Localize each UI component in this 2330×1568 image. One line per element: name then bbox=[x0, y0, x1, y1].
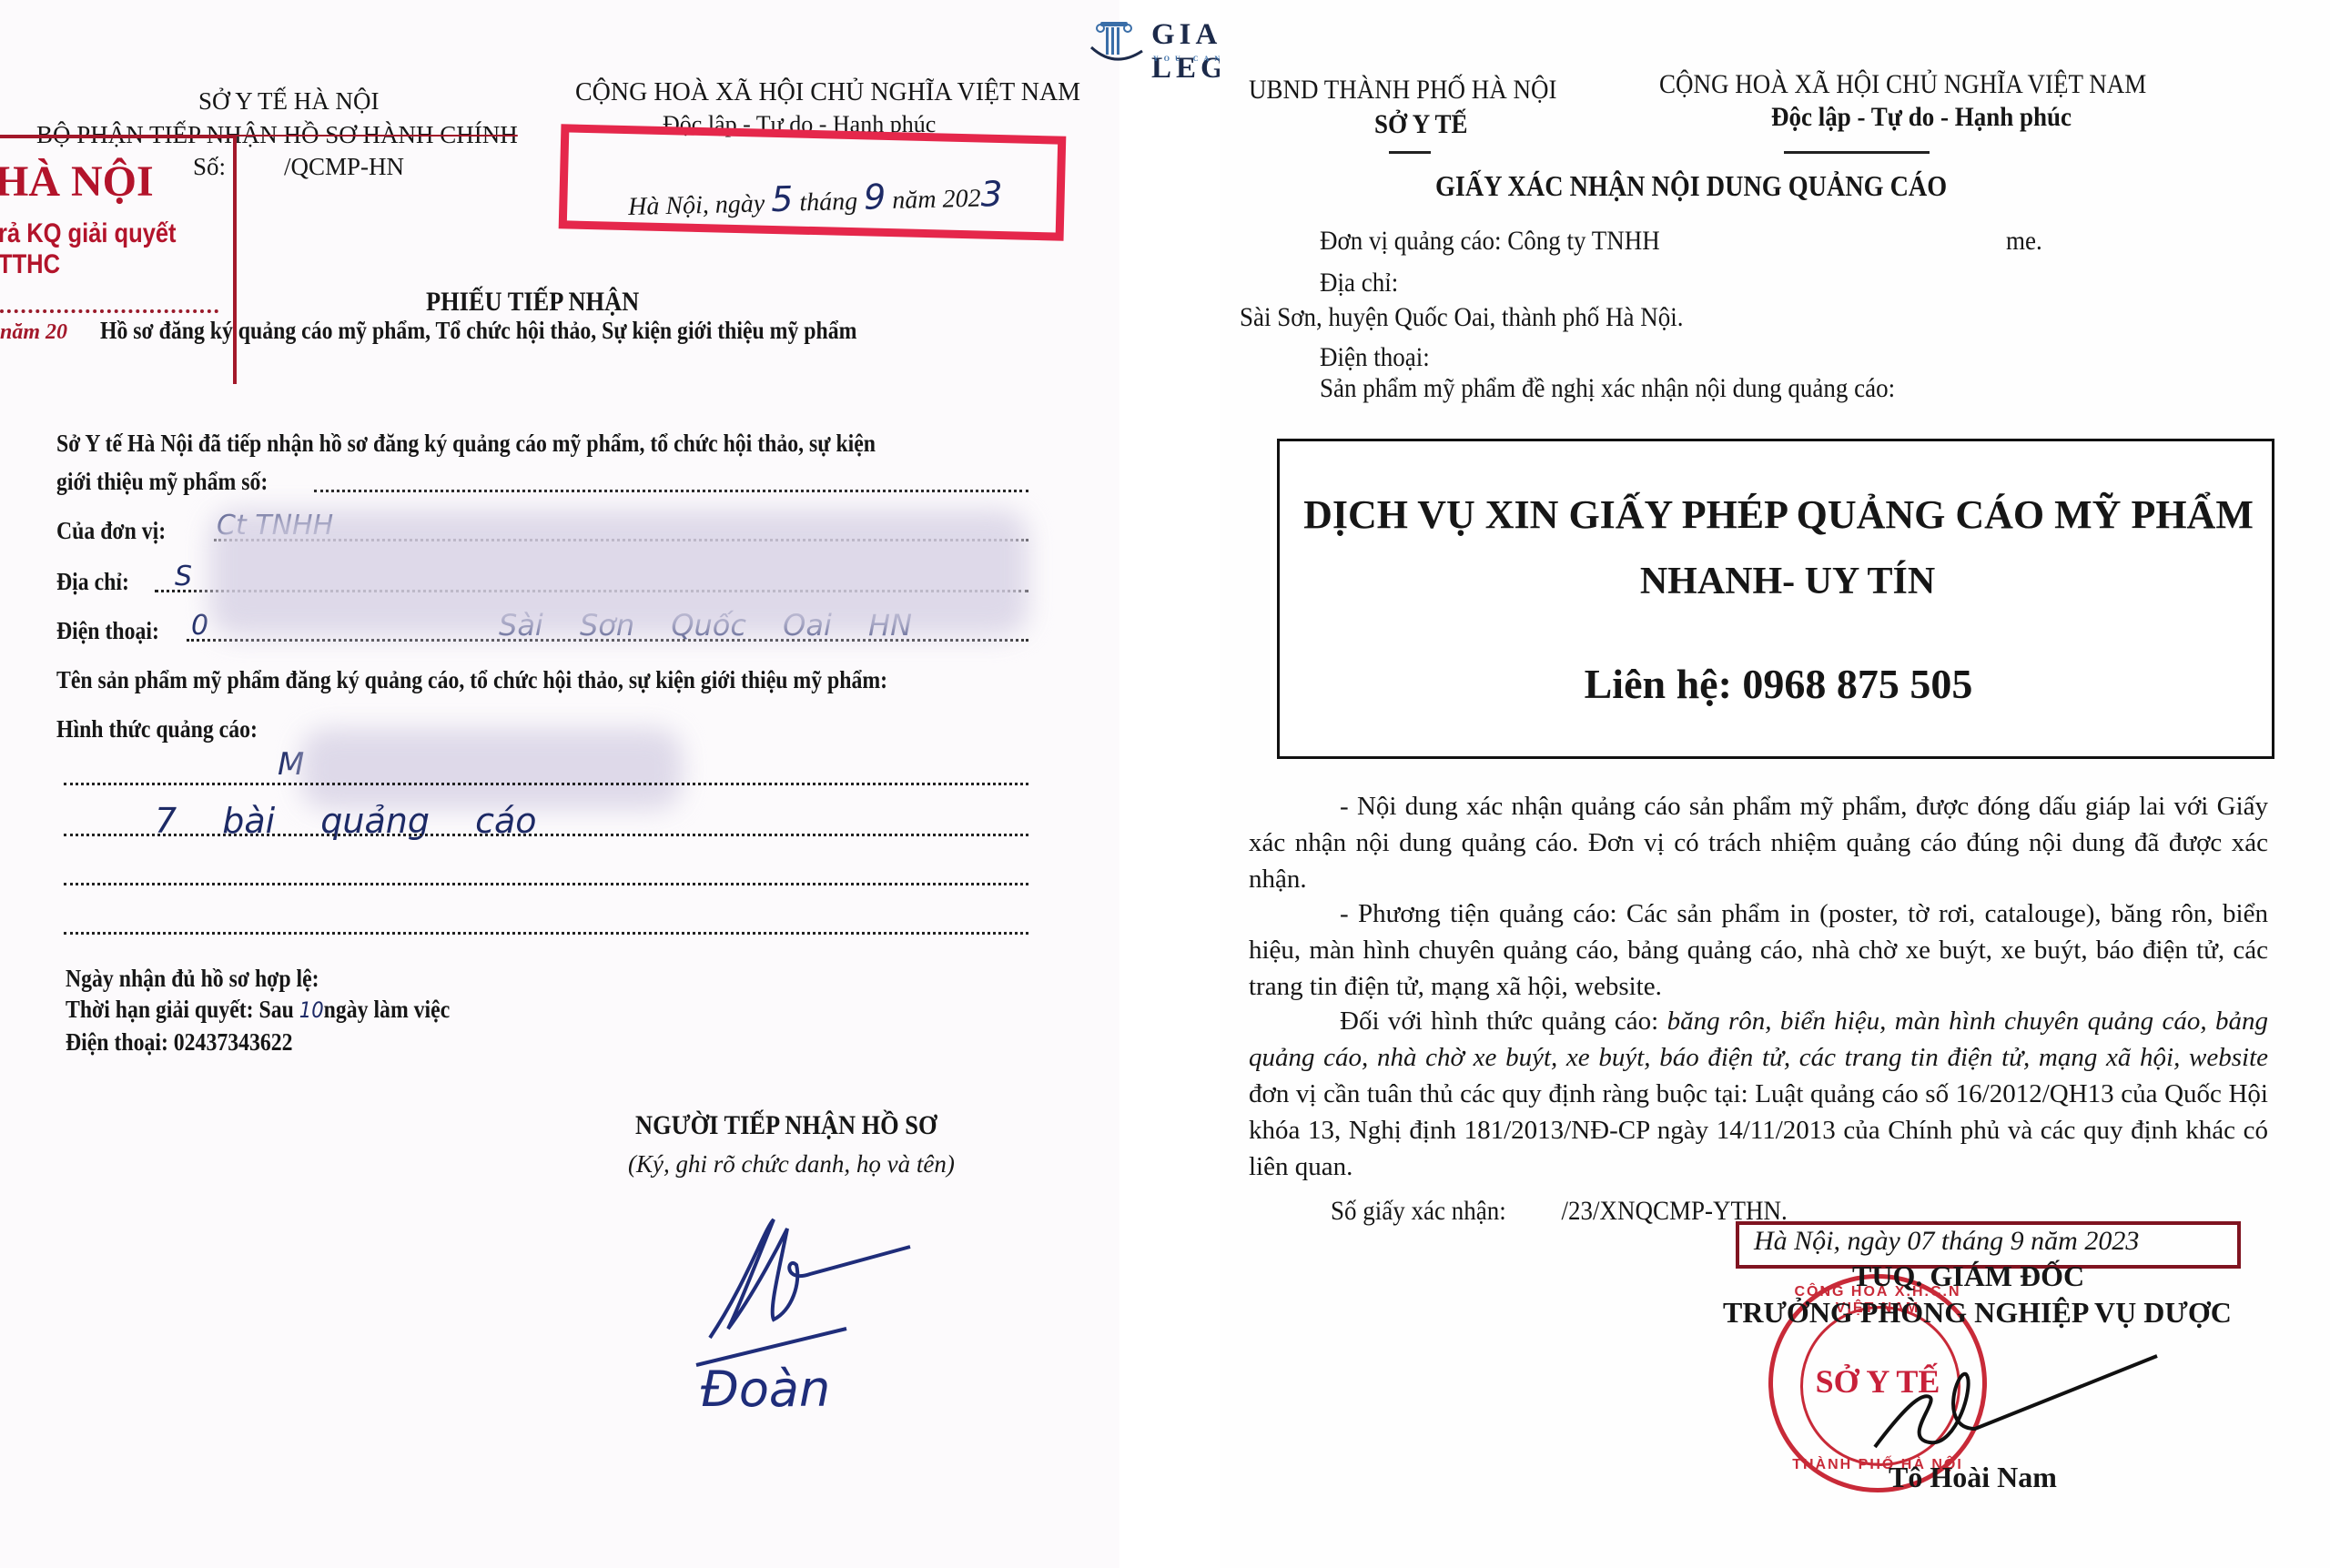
ad-line2: NHANH- UY TÍN bbox=[1280, 560, 2277, 603]
product-label: Tên sản phẩm mỹ phẩm đăng ký quảng cáo, … bbox=[56, 666, 887, 694]
right-paragraph-3: Đối với hình thức quảng cáo: băng rôn, b… bbox=[1249, 1003, 2268, 1185]
para3-prefix: Đối với hình thức quảng cáo: bbox=[1340, 1007, 1658, 1036]
right-agency-line2: SỞ Y TẾ bbox=[1374, 109, 1468, 140]
right-national-title: CỘNG HOÀ XÃ HỘI CHỦ NGHĨA VIỆT NAM bbox=[1659, 69, 2146, 100]
right-doc-title: GIẤY XÁC NHẬN NỘI DUNG QUẢNG CÁO bbox=[1435, 169, 1947, 203]
office-phone: Điện thoại: 02437343622 bbox=[66, 1028, 292, 1057]
left-intro-line2: giới thiệu mỹ phẩm số: bbox=[56, 468, 268, 496]
receiver-note: (Ký, ghi rõ chức danh, họ và tên) bbox=[628, 1150, 955, 1179]
right-date: Hà Nội, ngày 07 tháng 9 năm 2023 bbox=[1754, 1226, 2139, 1257]
signer-title1: TUQ. GIÁM ĐỐC bbox=[1852, 1259, 2084, 1293]
dotted-line bbox=[187, 639, 1028, 642]
advertiser-label: Đơn vị quảng cáo: Công ty TNHH bbox=[1320, 226, 1660, 257]
left-date-year-suffix: 3 bbox=[980, 174, 1003, 215]
unit-label: Của đơn vị: bbox=[56, 517, 166, 545]
address-label: Địa chỉ: bbox=[56, 568, 129, 596]
right-paragraph-1: - Nội dung xác nhận quảng cáo sản phẩm m… bbox=[1249, 788, 2268, 897]
left-agency-line1: SỞ Y TẾ HÀ NỘI bbox=[198, 87, 380, 116]
ad-line1: DỊCH VỤ XIN GIẤY PHÉP QUẢNG CÁO MỸ PHẨM bbox=[1287, 491, 2270, 538]
deadline-row: Thời hạn giải quyết: Sau 10ngày làm việc bbox=[66, 996, 450, 1024]
stamp-line1: HÀ NỘI bbox=[0, 157, 154, 207]
dotted-line bbox=[314, 490, 1028, 492]
advertiser-tail: me. bbox=[2006, 226, 2042, 257]
right-motto: Độc lập - Tự do - Hạnh phúc bbox=[1771, 102, 2072, 133]
left-form-title: PHIẾU TIẾP NHẬN bbox=[426, 287, 639, 318]
advertising-form-label: Hình thức quảng cáo: bbox=[56, 715, 258, 744]
products-label: Sản phẩm mỹ phẩm đề nghị xác nhận nội du… bbox=[1320, 373, 1895, 404]
receiver-signature-icon: Đoàn bbox=[674, 1201, 928, 1411]
left-document-receipt-form: SỞ Y TẾ HÀ NỘI BỘ PHẬN TIẾP NHẬN HỒ SƠ H… bbox=[0, 0, 1119, 1568]
stamp-dotted-line bbox=[0, 309, 218, 313]
deadline-suffix: ngày làm việc bbox=[324, 996, 451, 1023]
right-agency-line1: UBND THÀNH PHỐ HÀ NỘI bbox=[1249, 75, 1557, 106]
left-date-month: 9 bbox=[864, 177, 886, 217]
director-signature-icon bbox=[1866, 1329, 2166, 1456]
right-phone-label: Điện thoại: bbox=[1320, 342, 1430, 373]
pillar-logo-icon bbox=[1088, 11, 1151, 66]
dotted-line bbox=[64, 783, 1028, 785]
stamp-line2: rả KQ giải quyết TTHC bbox=[0, 218, 198, 280]
left-date-day: 5 bbox=[771, 179, 794, 220]
svg-text:Đoàn: Đoàn bbox=[701, 1361, 830, 1411]
left-date-month-label: tháng bbox=[799, 187, 858, 217]
deadline-label: Thời hạn giải quyết: Sau bbox=[66, 996, 294, 1023]
right-paragraph-2: - Phương tiện quảng cáo: Các sản phẩm in… bbox=[1249, 895, 2268, 1005]
divider bbox=[1784, 151, 1930, 154]
address-handwritten: S bbox=[175, 561, 192, 592]
right-address-label: Địa chỉ: bbox=[1320, 268, 1398, 298]
left-date-prefix: Hà Nội, ngày bbox=[628, 189, 765, 221]
signer-name: Tô Hoài Nam bbox=[1889, 1461, 2057, 1494]
right-address-line2: Sài Sơn, huyện Quốc Oai, thành phố Hà Nộ… bbox=[1240, 302, 1683, 333]
advertisement-overlay-box: DỊCH VỤ XIN GIẤY PHÉP QUẢNG CÁO MỸ PHẨM … bbox=[1277, 439, 2274, 759]
stamp-line3: năm 20 bbox=[0, 320, 67, 345]
left-date-year-label: năm 202 bbox=[892, 185, 981, 215]
redaction-blur bbox=[300, 728, 683, 810]
receipt-office-stamp: HÀ NỘI rả KQ giải quyết TTHC năm 20 bbox=[0, 135, 237, 384]
para3-suffix: đơn vị cần tuân thủ các quy định ràng bu… bbox=[1249, 1079, 2268, 1181]
dotted-line bbox=[64, 883, 1028, 885]
ad-contact[interactable]: Liên hệ: 0968 875 505 bbox=[1280, 660, 2277, 708]
left-number-value: /QCMP-HN bbox=[284, 153, 404, 181]
cert-number: Số giấy xác nhận: /23/XNQCMP-YTHN. bbox=[1331, 1196, 1788, 1227]
divider bbox=[1389, 151, 1431, 154]
left-national-title: CỘNG HOÀ XÃ HỘI CHỦ NGHĨA VIỆT NAM bbox=[575, 78, 1080, 107]
deadline-handwritten: 10 bbox=[299, 997, 324, 1023]
received-date-label: Ngày nhận đủ hồ sơ hợp lệ: bbox=[66, 965, 319, 993]
phone-label: Điện thoại: bbox=[56, 617, 159, 645]
dotted-line bbox=[64, 932, 1028, 935]
left-form-subtitle: Hồ sơ đăng ký quảng cáo mỹ phẩm, Tổ chức… bbox=[100, 317, 856, 345]
left-intro-line1: Sở Y tế Hà Nội đã tiếp nhận hồ sơ đăng k… bbox=[56, 430, 876, 458]
receiver-title: NGƯỜI TIẾP NHẬN HỒ SƠ bbox=[635, 1110, 937, 1141]
cert-number-label: Số giấy xác nhận: bbox=[1331, 1196, 1506, 1226]
signer-title2: TRƯỞNG PHÒNG NGHIỆP VỤ DƯỢC bbox=[1723, 1296, 2232, 1330]
dotted-line bbox=[64, 834, 1028, 836]
redaction-blur bbox=[209, 510, 1028, 637]
phone-handwritten: 0 bbox=[191, 610, 208, 642]
